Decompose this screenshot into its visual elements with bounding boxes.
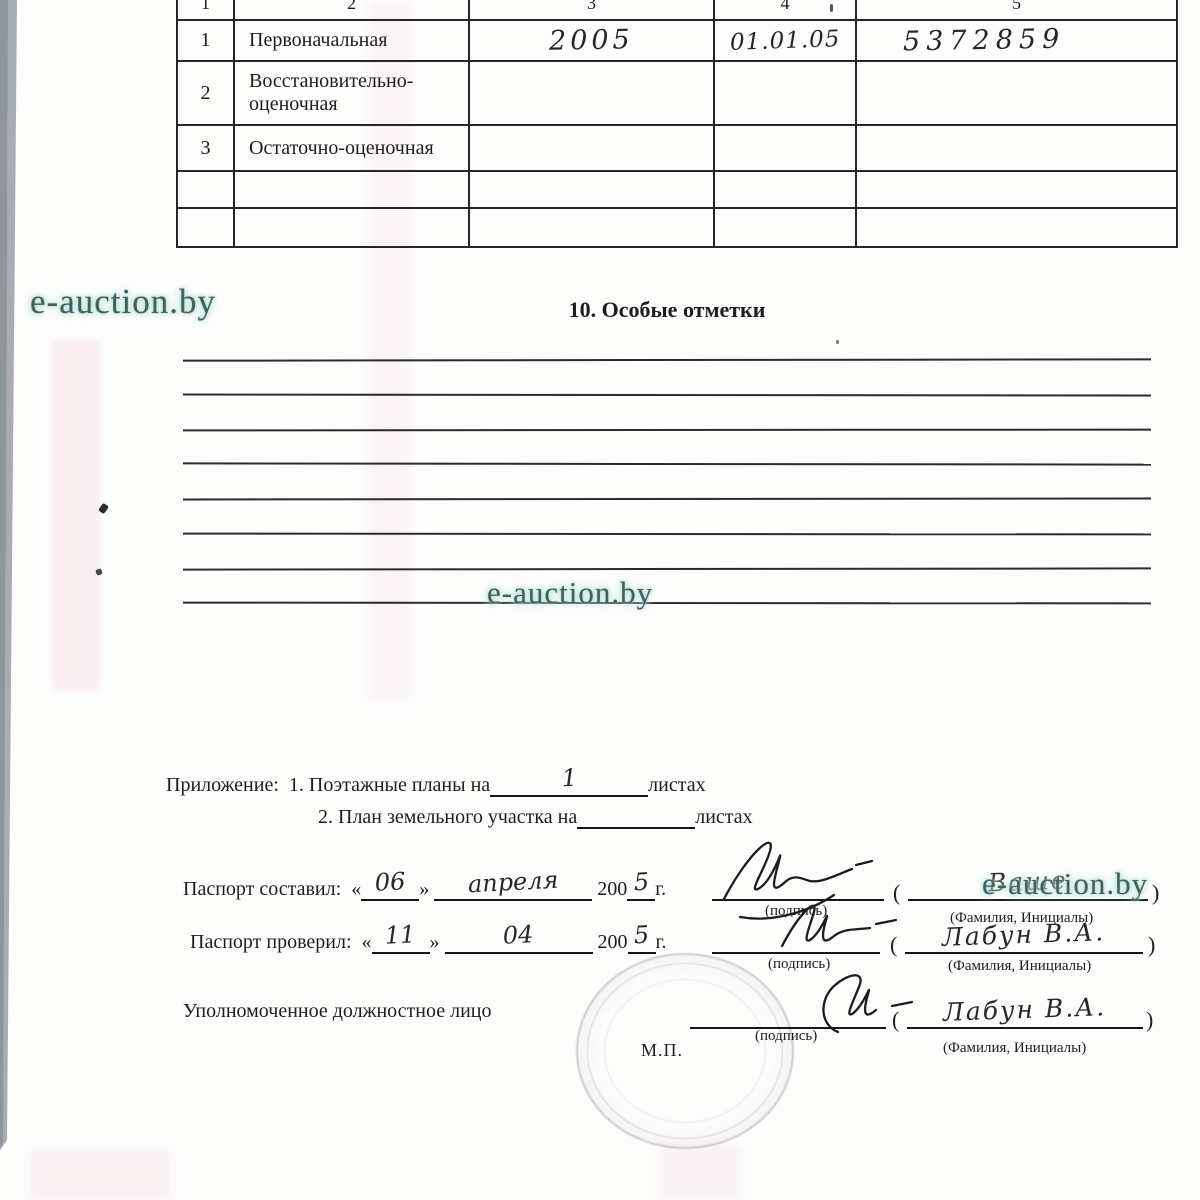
valuation-type-cell xyxy=(234,208,469,247)
valuation-type-cell: Первоначальная xyxy=(234,20,469,61)
handwritten-amount: 5372859 xyxy=(903,24,1066,58)
table-row xyxy=(177,171,1177,208)
value-cell xyxy=(714,125,856,171)
blank-line xyxy=(183,358,1151,361)
value-cell xyxy=(856,208,1177,247)
handwritten-name: Лабун В.А. xyxy=(943,994,1107,1025)
close-paren: ) xyxy=(1146,1007,1153,1033)
watermark-top-left: e-auction.by xyxy=(30,282,216,322)
valuation-type-cell xyxy=(234,171,469,208)
col-header: 5 xyxy=(856,0,1177,20)
composed-month-blank: апреля xyxy=(434,872,592,901)
col-header: 1 xyxy=(177,0,234,20)
value-cell xyxy=(856,171,1177,208)
attachment-line-2: 2. План земельного участка налистах xyxy=(318,800,753,829)
handwritten-name: Лабун В.А. xyxy=(942,919,1106,950)
blank-line xyxy=(183,533,1151,536)
attachment-1-blank: 1 xyxy=(490,768,648,797)
blank-line xyxy=(183,567,1151,570)
composed-label: Паспорт составил: xyxy=(183,878,341,900)
checked-name-line: Лабун В.А. xyxy=(905,925,1143,954)
close-paren: ) xyxy=(1148,932,1155,958)
handwritten-year: 2005 xyxy=(549,24,634,56)
year-prefix: 200 xyxy=(597,878,627,900)
official-label: Уполномоченное должностное лицо xyxy=(183,1000,492,1022)
round-stamp xyxy=(576,953,794,1149)
value-cell xyxy=(469,125,714,171)
authorized-official-row: Уполномоченное должностное лицо xyxy=(183,1000,492,1023)
table-row: 3 Остаточно-оценочная xyxy=(177,125,1177,171)
table-row: 2 Восстановительно-оценочная xyxy=(177,61,1177,125)
scan-tint-band xyxy=(52,340,100,690)
table-row xyxy=(177,208,1177,247)
scanner-edge-shadow xyxy=(0,0,40,1200)
composed-day-blank: 06 xyxy=(361,872,419,901)
row-number-cell xyxy=(177,208,234,247)
row-number-cell: 1 xyxy=(177,20,234,61)
quote-close: » xyxy=(419,878,429,900)
handwritten-year-digit: 5 xyxy=(633,923,650,949)
valuation-type-cell: Восстановительно-оценочная xyxy=(234,61,469,125)
year-prefix: 200 xyxy=(598,931,628,953)
official-name-line: Лабун В.А. xyxy=(907,1000,1143,1029)
handwritten-month: 04 xyxy=(503,922,535,949)
value-cell xyxy=(856,61,1177,125)
watermark-center: e-auction.by xyxy=(487,575,653,611)
handwritten-month: апреля xyxy=(467,868,559,898)
watermark-signature-area: e-auction.by xyxy=(982,866,1148,902)
blank-line xyxy=(183,497,1151,500)
value-cell xyxy=(469,171,714,208)
blank-line xyxy=(183,462,1151,465)
col-header: 2 xyxy=(234,0,469,20)
blank-line xyxy=(183,393,1151,396)
value-cell xyxy=(714,171,856,208)
handwritten-sheet-count: 1 xyxy=(561,766,578,792)
attachment-1-text: 1. Поэтажные планы на xyxy=(289,774,490,796)
row-number-cell xyxy=(177,171,234,208)
quote-open: « xyxy=(362,931,372,953)
value-cell: 2005 xyxy=(469,20,714,61)
scan-speck xyxy=(95,568,103,576)
attachment-2-text: 2. План земельного участка на xyxy=(318,806,577,828)
table-header-row: 1 2 3 4 5 xyxy=(177,0,1177,20)
scan-tint-band xyxy=(30,1150,170,1200)
col-header: 3 xyxy=(469,0,714,20)
col-header: 4 xyxy=(714,0,856,20)
checked-day-blank: 11 xyxy=(372,925,430,954)
scan-speck xyxy=(98,503,109,514)
handwritten-day: 06 xyxy=(374,869,406,896)
quote-open: « xyxy=(351,878,361,900)
year-g: г. xyxy=(656,931,667,953)
quote-close: » xyxy=(430,931,440,953)
name-caption: (Фамилия, Инициалы) xyxy=(948,958,1091,975)
official-signature xyxy=(788,968,923,1038)
close-paren: ) xyxy=(1152,880,1159,906)
valuation-table: 1 2 3 4 5 1 Первоначальная 2005 01.01.05… xyxy=(176,0,1178,248)
attachments-label: Приложение: xyxy=(166,774,279,796)
row-number-cell: 3 xyxy=(177,125,234,171)
checked-label: Паспорт проверил: xyxy=(190,931,352,953)
year-g: г. xyxy=(655,878,666,900)
scan-tint-band xyxy=(660,1145,740,1200)
blank-line xyxy=(183,602,1151,605)
passport-checked-row: Паспорт проверил: «11» 04 2005г. xyxy=(190,925,666,954)
value-cell xyxy=(469,61,714,125)
handwritten-date: 01.01.05 xyxy=(729,26,840,56)
attachment-line-1: Приложение: 1. Поэтажные планы на1листах xyxy=(166,768,706,797)
value-cell xyxy=(714,61,856,125)
checked-signature xyxy=(778,898,908,960)
value-cell: 01.01.05 xyxy=(714,20,856,61)
handwritten-year-digit: 5 xyxy=(633,870,650,896)
value-cell xyxy=(469,208,714,247)
row-number-cell: 2 xyxy=(177,61,234,125)
blank-line xyxy=(183,429,1151,432)
scan-speck xyxy=(836,340,839,344)
table-row: 1 Первоначальная 2005 01.01.05 5372859 xyxy=(177,20,1177,61)
value-cell: 5372859 xyxy=(856,20,1177,61)
checked-month-blank: 04 xyxy=(445,925,593,954)
name-caption: (Фамилия, Инициалы) xyxy=(943,1040,1086,1057)
handwritten-day: 11 xyxy=(385,922,417,949)
section-title: 10. Особые отметки xyxy=(183,297,1151,323)
passport-composed-row: Паспорт составил: «06» апреля 2005г. xyxy=(183,872,666,901)
valuation-type-cell: Остаточно-оценочная xyxy=(234,125,469,171)
value-cell xyxy=(714,208,856,247)
attachment-2-suffix: листах xyxy=(695,806,752,828)
scanned-document-page: 1 2 3 4 5 1 Первоначальная 2005 01.01.05… xyxy=(0,0,1200,1200)
value-cell xyxy=(856,125,1177,171)
attachment-1-suffix: листах xyxy=(648,774,705,796)
attachment-2-blank xyxy=(577,800,695,829)
composed-year-blank: 5 xyxy=(627,872,655,901)
checked-year-blank: 5 xyxy=(628,925,656,954)
stamp-place-label: М.П. xyxy=(641,1040,683,1061)
